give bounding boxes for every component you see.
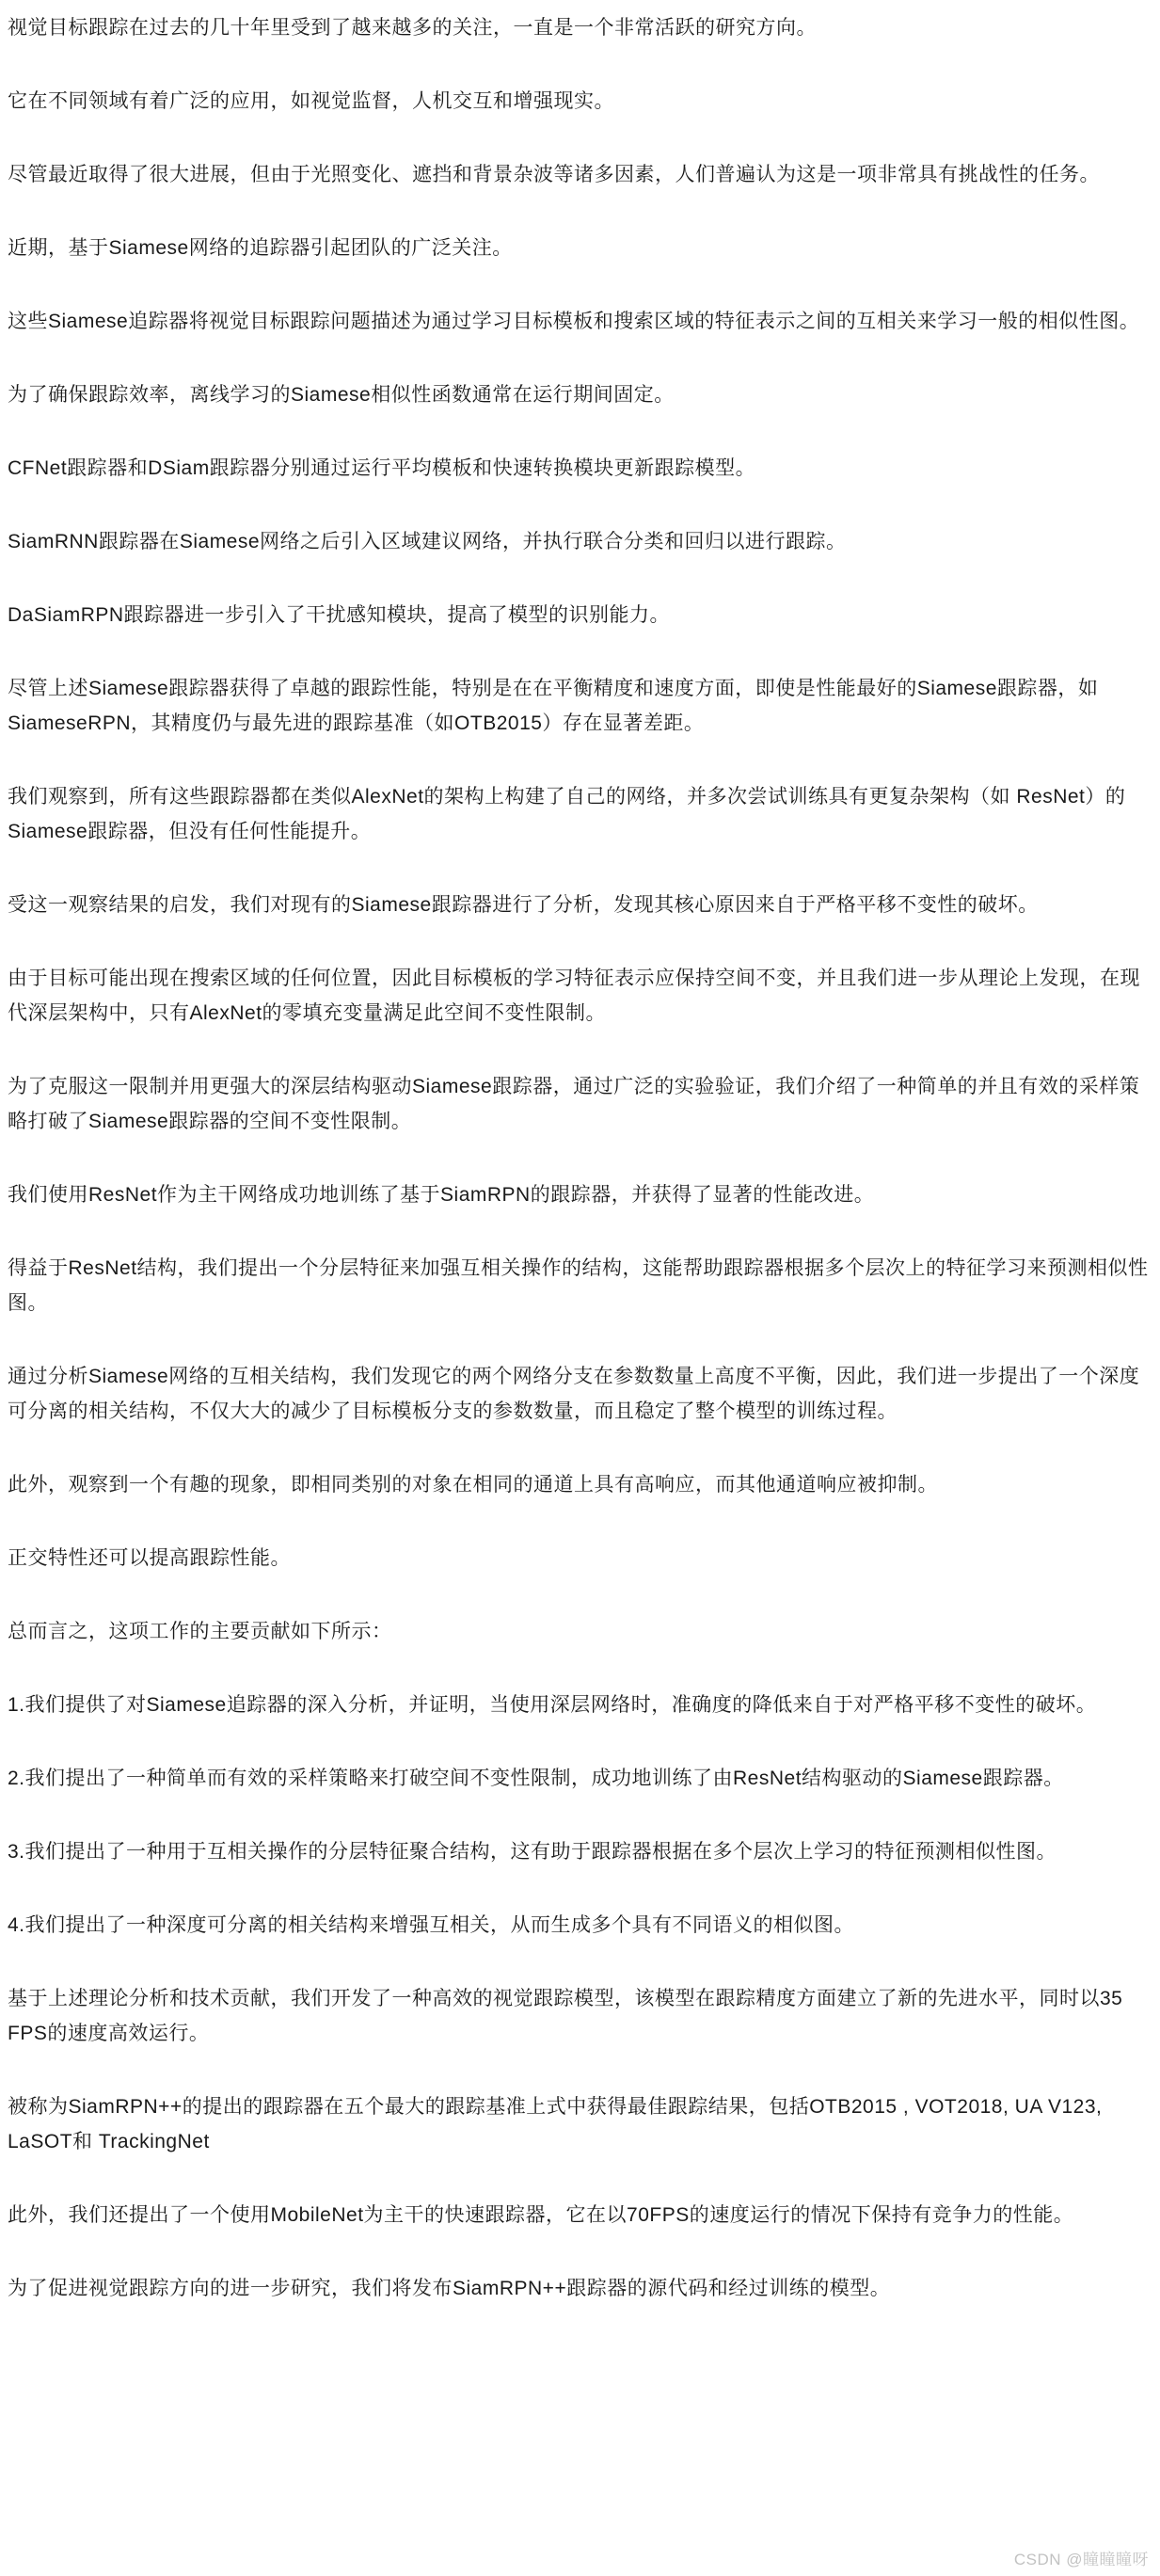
paragraph: 正交特性还可以提高跟踪性能。 <box>8 1541 1156 1576</box>
paragraph: 1.我们提供了对Siamese追踪器的深入分析，并证明，当使用深层网络时，准确度… <box>8 1688 1156 1722</box>
paragraph: 我们观察到，所有这些跟踪器都在类似AlexNet的架构上构建了自己的网络，并多次… <box>8 779 1156 849</box>
paragraph: 2.我们提出了一种简单而有效的采样策略来打破空间不变性限制，成功地训练了由Res… <box>8 1761 1156 1796</box>
paragraph: 我们使用ResNet作为主干网络成功地训练了基于SiamRPN的跟踪器，并获得了… <box>8 1177 1156 1212</box>
paragraph: 基于上述理论分析和技术贡献，我们开发了一种高效的视觉跟踪模型，该模型在跟踪精度方… <box>8 1981 1156 2051</box>
paragraph: 尽管上述Siamese跟踪器获得了卓越的跟踪性能，特别是在在平衡精度和速度方面，… <box>8 671 1156 741</box>
paragraph: 得益于ResNet结构，我们提出一个分层特征来加强互相关操作的结构，这能帮助跟踪… <box>8 1251 1156 1320</box>
paragraph: 这些Siamese追踪器将视觉目标跟踪问题描述为通过学习目标模板和搜索区域的特征… <box>8 304 1156 339</box>
paragraph: 3.我们提出了一种用于互相关操作的分层特征聚合结构，这有助于跟踪器根据在多个层次… <box>8 1834 1156 1869</box>
paragraph: CFNet跟踪器和DSiam跟踪器分别通过运行平均模板和快速转换模块更新跟踪模型… <box>8 451 1156 486</box>
paragraph: 通过分析Siamese网络的互相关结构，我们发现它的两个网络分支在参数数量上高度… <box>8 1359 1156 1429</box>
csdn-watermark: CSDN @瞳瞳瞳呀 <box>1014 2550 1149 2570</box>
paragraph: 为了促进视觉跟踪方向的进一步研究，我们将发布SiamRPN++跟踪器的源代码和经… <box>8 2271 1156 2306</box>
paragraph: 它在不同领域有着广泛的应用，如视觉监督，人机交互和增强现实。 <box>8 84 1156 119</box>
paragraph: 为了克服这一限制并用更强大的深层结构驱动Siamese跟踪器，通过广泛的实验验证… <box>8 1069 1156 1139</box>
paragraph: 此外，我们还提出了一个使用MobileNet为主干的快速跟踪器，它在以70FPS… <box>8 2198 1156 2232</box>
paragraph: 受这一观察结果的启发，我们对现有的Siamese跟踪器进行了分析，发现其核心原因… <box>8 888 1156 922</box>
paragraph: 视觉目标跟踪在过去的几十年里受到了越来越多的关注，一直是一个非常活跃的研究方向。 <box>8 10 1156 45</box>
paragraph: SiamRNN跟踪器在Siamese网络之后引入区域建议网络，并执行联合分类和回… <box>8 524 1156 559</box>
paragraph: 由于目标可能出现在搜索区域的任何位置，因此目标模板的学习特征表示应保持空间不变，… <box>8 961 1156 1031</box>
paragraph: DaSiamRPN跟踪器进一步引入了干扰感知模块，提高了模型的识别能力。 <box>8 598 1156 632</box>
article-body: 视觉目标跟踪在过去的几十年里受到了越来越多的关注，一直是一个非常活跃的研究方向。… <box>0 0 1160 2306</box>
paragraph: 为了确保跟踪效率，离线学习的Siamese相似性函数通常在运行期间固定。 <box>8 377 1156 412</box>
paragraph: 此外，观察到一个有趣的现象，即相同类别的对象在相同的通道上具有高响应，而其他通道… <box>8 1467 1156 1502</box>
paragraph: 4.我们提出了一种深度可分离的相关结构来增强互相关，从而生成多个具有不同语义的相… <box>8 1908 1156 1943</box>
paragraph: 尽管最近取得了很大进展，但由于光照变化、遮挡和背景杂波等诸多因素，人们普遍认为这… <box>8 157 1156 192</box>
paragraph: 总而言之，这项工作的主要贡献如下所示： <box>8 1614 1156 1649</box>
paragraph: 被称为SiamRPN++的提出的跟踪器在五个最大的跟踪基准上式中获得最佳跟踪结果… <box>8 2089 1156 2159</box>
paragraph: 近期，基于Siamese网络的追踪器引起团队的广泛关注。 <box>8 231 1156 265</box>
